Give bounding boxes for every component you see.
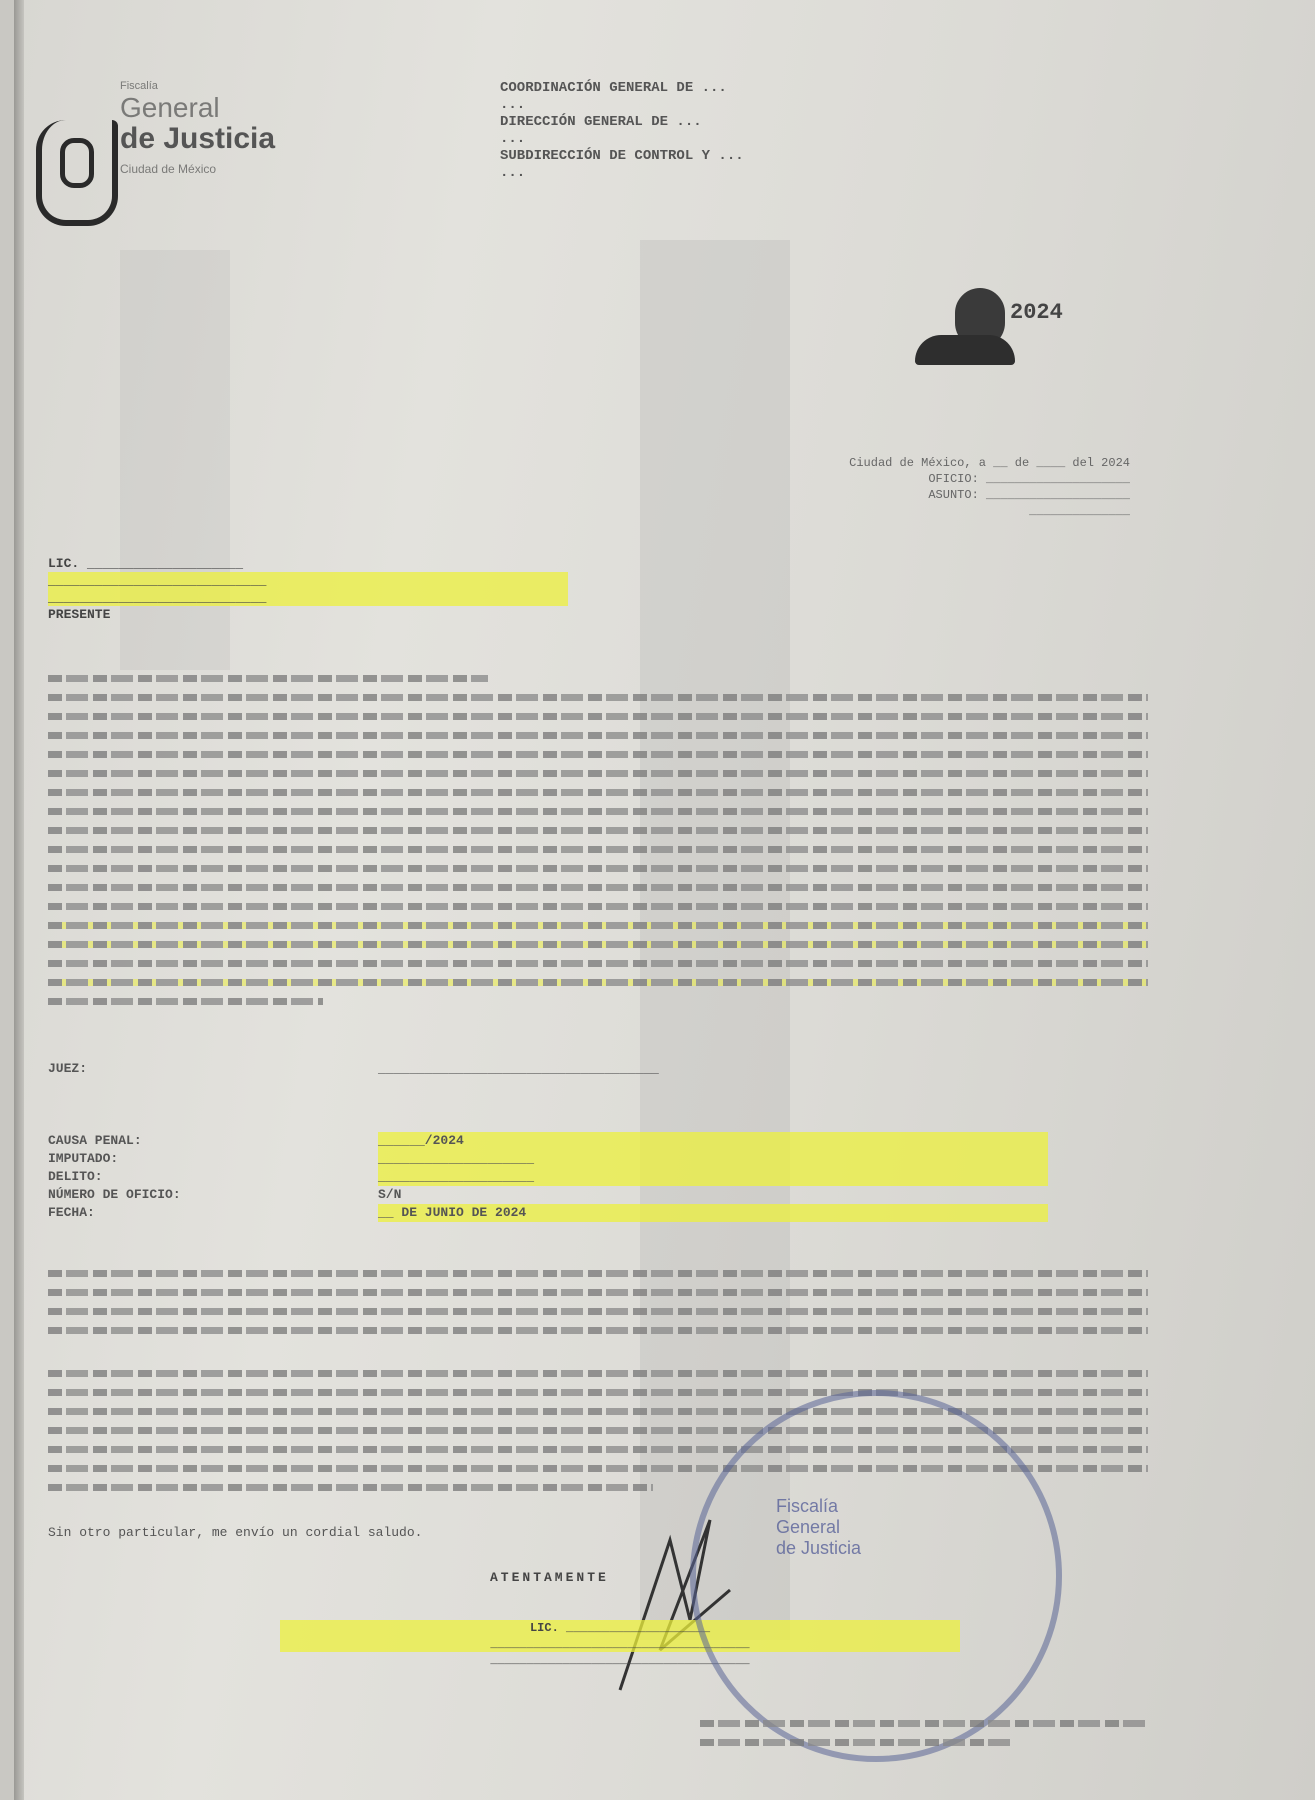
table-row: DELITO:____________________ bbox=[48, 1168, 1048, 1186]
header-line: DIRECCIÓN GENERAL DE ... bbox=[500, 114, 1120, 131]
reference-line: OFICIO: ____________________ bbox=[700, 471, 1130, 487]
addressee-line: LIC. ____________________ bbox=[48, 555, 568, 572]
letterhead: COORDINACIÓN GENERAL DE ... ... DIRECCIÓ… bbox=[500, 80, 1120, 182]
header-line: SUBDIRECCIÓN DE CONTROL Y ... bbox=[500, 148, 1120, 165]
year-text: 2024 bbox=[1010, 300, 1063, 325]
header-line: ... bbox=[500, 97, 1120, 114]
footer-text bbox=[700, 1720, 1150, 1758]
table-row: NÚMERO DE OFICIO:S/N bbox=[48, 1186, 1048, 1204]
logo-line: Fiscalía bbox=[120, 80, 158, 92]
reference-line: ASUNTO: ____________________ bbox=[700, 487, 1130, 503]
addressee-line: ____________________________ bbox=[48, 589, 568, 606]
reference-block: Ciudad de México, a __ de ____ del 2024 … bbox=[700, 455, 1130, 519]
table-row: JUEZ:___________________________________… bbox=[48, 1060, 1048, 1078]
header-line: COORDINACIÓN GENERAL DE ... bbox=[500, 80, 1120, 97]
addressee-line: PRESENTE bbox=[48, 606, 568, 623]
year-emblem: 2024 bbox=[895, 280, 1135, 380]
logo-line: Ciudad de México bbox=[120, 162, 216, 176]
header-line: ... bbox=[500, 165, 1120, 182]
page-edge bbox=[14, 0, 24, 1800]
addressee-line: ____________________________ bbox=[48, 572, 568, 589]
reference-line: Ciudad de México, a __ de ____ del 2024 bbox=[700, 455, 1130, 471]
portrait-icon bbox=[915, 335, 1015, 365]
official-stamp: Fiscalía General de Justicia bbox=[690, 1390, 1062, 1762]
atentamente-label: ATENTAMENTE bbox=[490, 1570, 609, 1585]
table-row: CAUSA PENAL:______/2024 bbox=[48, 1132, 1048, 1150]
stamp-line: Fiscalía bbox=[776, 1496, 976, 1517]
table-row: IMPUTADO:____________________ bbox=[48, 1150, 1048, 1168]
body-paragraph bbox=[48, 1270, 1148, 1346]
table-row: FECHA:__ DE JUNIO DE 2024 bbox=[48, 1204, 1048, 1222]
header-line: ... bbox=[500, 131, 1120, 148]
body-paragraph bbox=[48, 675, 1148, 1017]
addressee-block: LIC. ____________________ ______________… bbox=[48, 555, 568, 623]
case-details-table: JUEZ:___________________________________… bbox=[48, 1060, 1048, 1222]
reference-line: ______________ bbox=[700, 503, 1130, 519]
closing-text: Sin otro particular, me envío un cordial… bbox=[48, 1525, 422, 1540]
logo-line: General bbox=[120, 92, 220, 124]
stamp-line: General bbox=[776, 1517, 976, 1538]
stamp-line: de Justicia bbox=[776, 1538, 976, 1559]
logo-mark-icon bbox=[36, 120, 118, 226]
institution-logo: Fiscalía General de Justicia Ciudad de M… bbox=[36, 80, 276, 220]
logo-line: de Justicia bbox=[120, 122, 275, 156]
